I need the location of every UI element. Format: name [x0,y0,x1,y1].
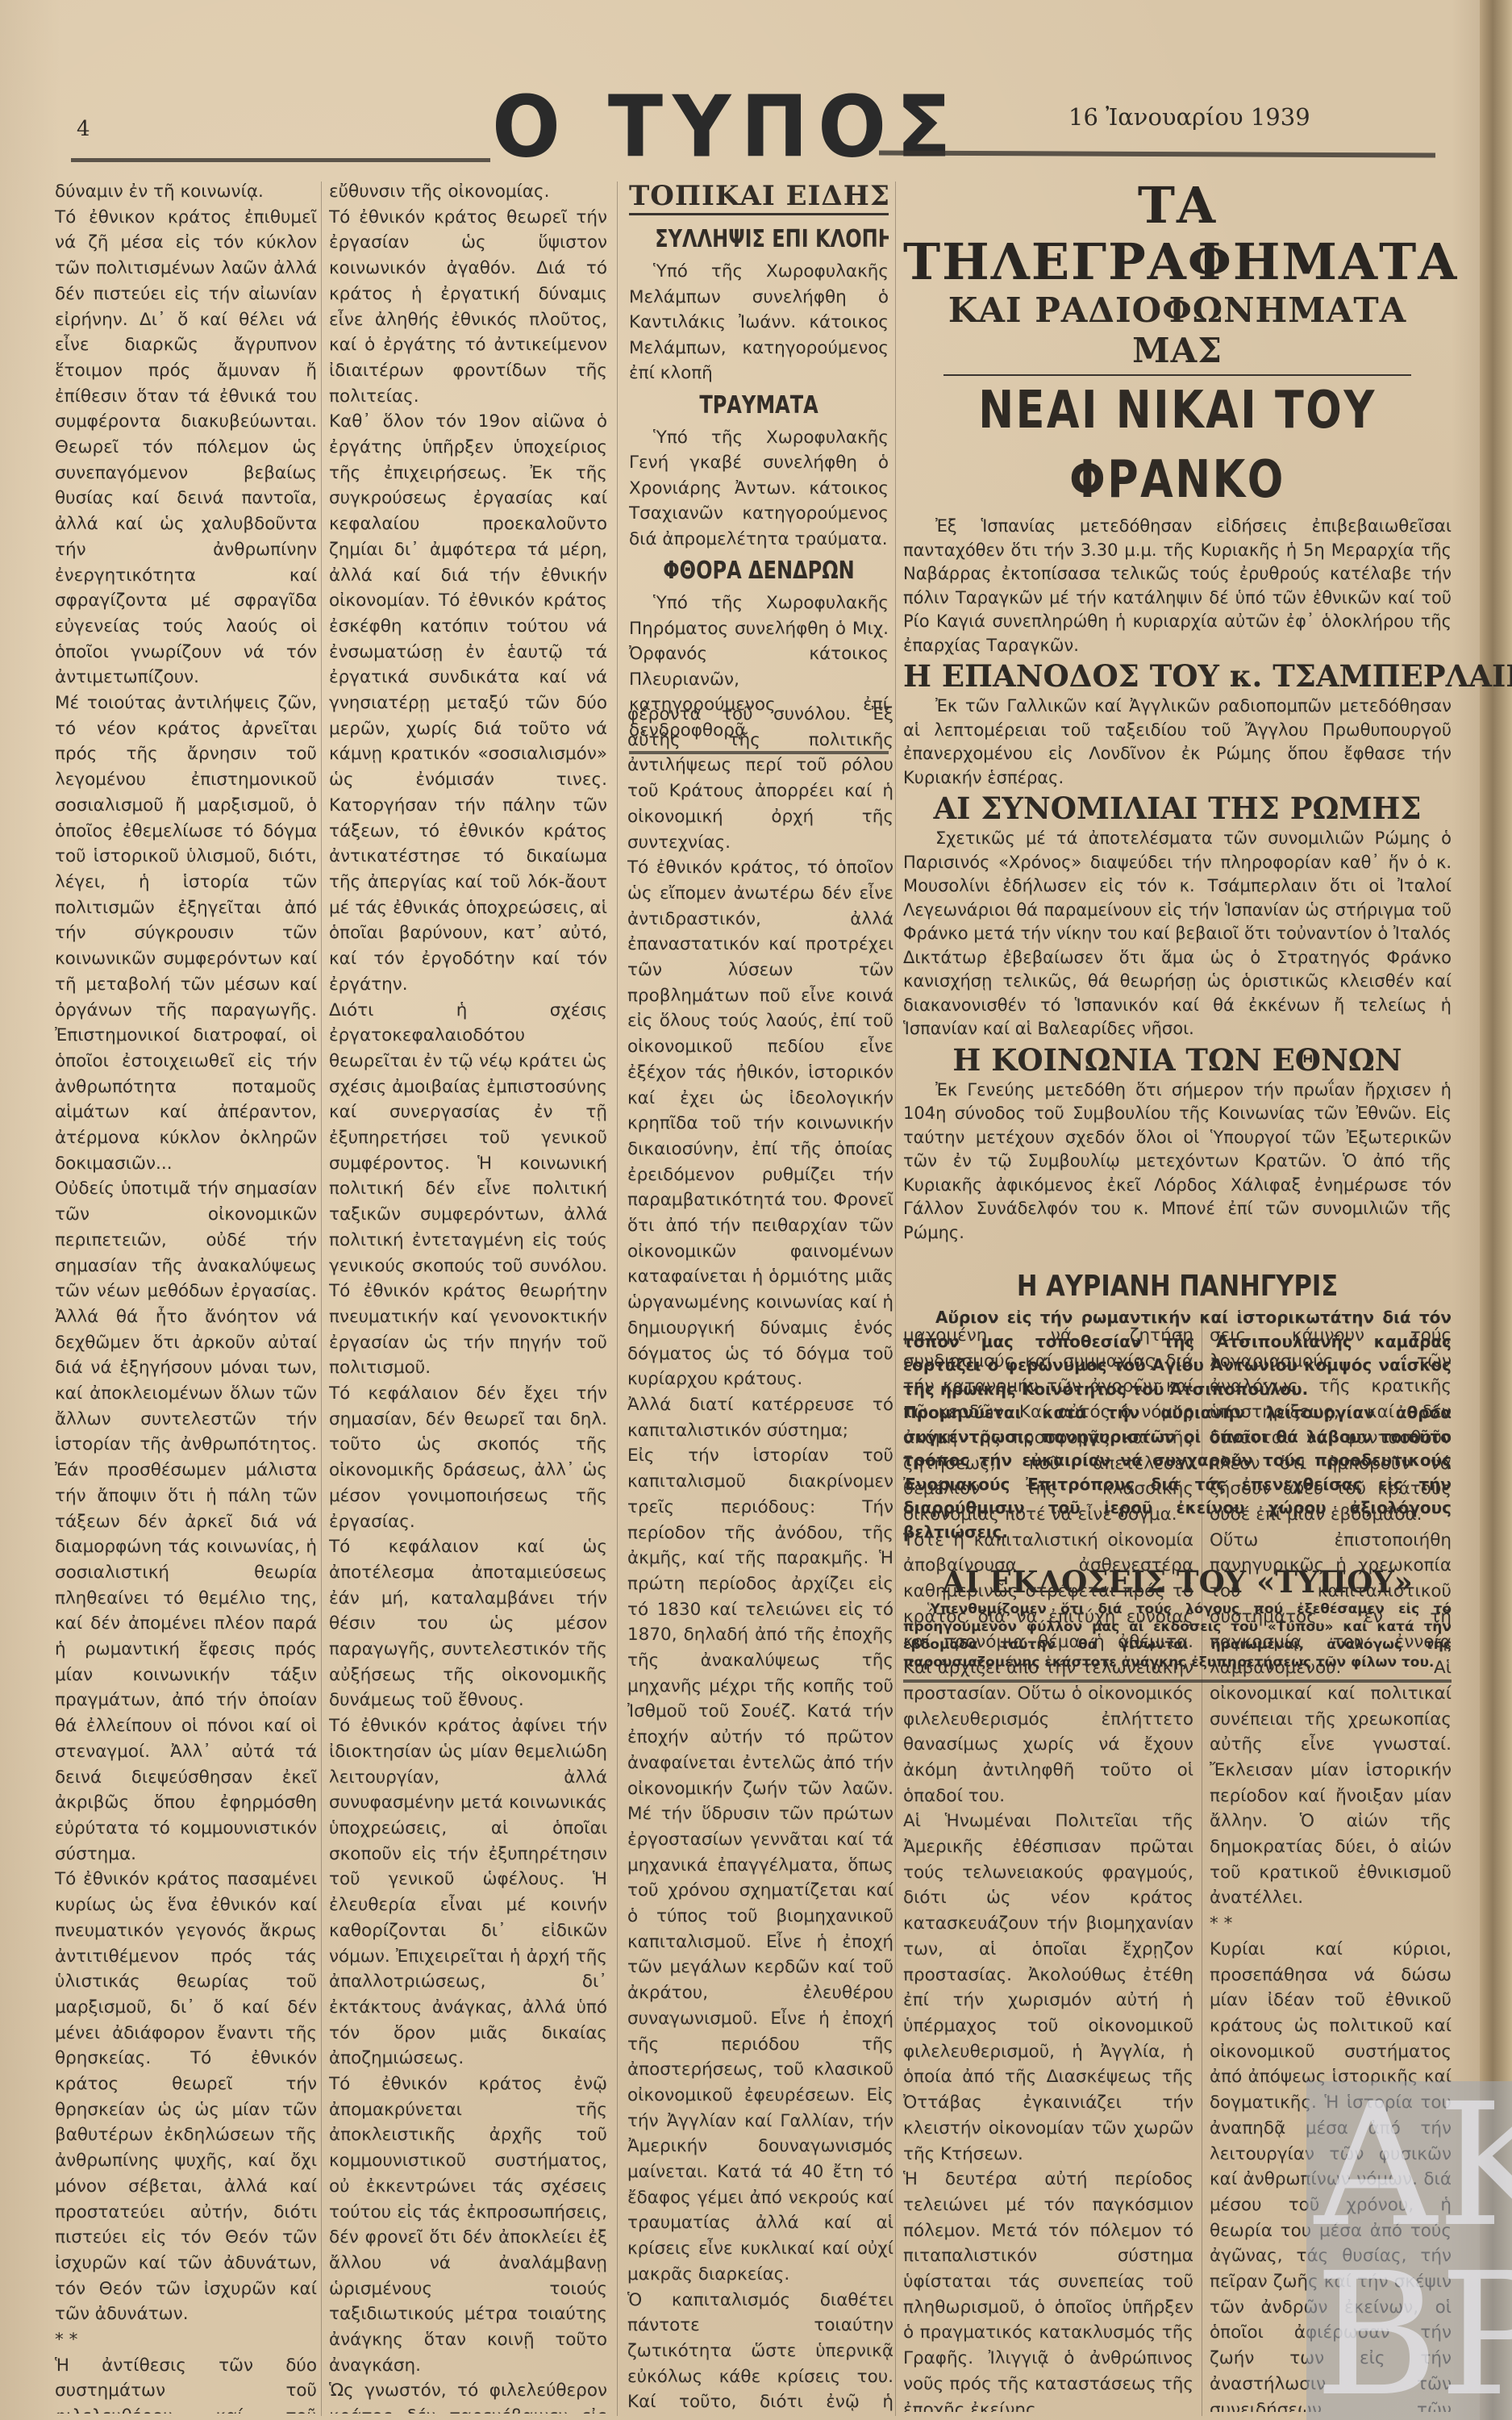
column-divider [617,181,618,2416]
story-headline: Η ΚΟΙΝΩΝΙΑ ΤΩΝ ΕΘΝΩΝ [903,1041,1452,1079]
local-news-item: ΣΥΛΛΗΨΙΣ ΕΠΙ ΚΛΟΠΗ Ὑπό τῆς Χωροφυλακῆς Μ… [629,223,889,386]
news-story: ΝΕΑΙ ΝΙΚΑΙ ΤΟΥ ΦΡΑΝΚΟ Ἐξ Ἱσπανίας μετεδό… [903,376,1452,657]
column-divider [895,181,896,2416]
story-headline: ΝΕΑΙ ΝΙΚΑΙ ΤΟΥ ΦΡΑΝΚΟ [952,376,1402,515]
article-column-3: φέροντα τοῦ συνόλου. Ἐξ αὐτῆς τῆς πολιτι… [627,702,893,2412]
local-news-headline: ΣΥΛΛΗΨΙΣ ΕΠΙ ΚΛΟΠΗ [655,223,863,256]
story-body: Ἐξ Ἱσπανίας μετεδόθησαν εἰδήσεις ἐπιβεβα… [903,515,1452,657]
local-news: ΤΟΠΙΚΑΙ ΕΙΔΗΣΕΙΣ ΣΥΛΛΗΨΙΣ ΕΠΙ ΚΛΟΠΗ Ὑπό … [629,179,889,764]
article-column-2: εὔθυνσιν τῆς οἰκονομίας. Τό ἐθνικόν κράτ… [329,179,607,2414]
story-body: Ἐκ τῶν Γαλλικῶν καί Ἀγγλικῶν ραδιοπομπῶν… [903,695,1452,790]
story-body: Σχετικῶς μέ τά ἀποτελέσματα τῶν συνομιλι… [903,827,1452,1041]
story-headline: Η ΕΠΑΝΟΔΟΣ ΤΟΥ κ. ΤΣΑΜΠΕΡΛΑΙΝ [903,657,1452,695]
masthead-rule-right [879,150,1435,157]
page-edge [1480,0,1512,2420]
newspaper-title: Ο ΤΥΠΟΣ [492,86,960,170]
story-headline: Η ΑΥΡΙΑΝΗ ΠΑΝΗΓΥΡΙΣ [944,1267,1410,1306]
column-divider [321,181,322,2416]
story-headline: ΑΙ ΣΥΝΟΜΙΛΙΑΙ ΤΗΣ ΡΩΜΗΣ [903,790,1452,827]
telegrams-heading: ΤΑ ΤΗΛΕΓΡΑΦΗΜΑΤΑ [903,177,1452,290]
story-body: Ἐκ Γενεύης μετεδόθη ὅτι σήμερον τήν πρωΐ… [903,1079,1452,1245]
news-story: ΑΙ ΣΥΝΟΜΙΛΙΑΙ ΤΗΣ ΡΩΜΗΣ Σχετικῶς μέ τά ἀ… [903,790,1452,1041]
article-column-1: δύναμιν ἐν τῆ κοινωνίᾳ. Τό ἐθνικον κράτο… [55,179,317,2414]
masthead: 4 Ο ΤΥΠΟΣ 16 Ἰανουαρίου 1939 [0,0,1476,173]
article-column-4: μαχομένη, νά ζητήσῃ συνδιασμούς καί συμμ… [903,1323,1193,2412]
issue-date: 16 Ἰανουαρίου 1939 [1068,103,1310,131]
local-news-body: Ὑπό τῆς Χωροφυλακῆς Μελάμπων συνελήφθη ὁ… [629,259,889,386]
telegrams-subheading: ΚΑΙ ΡΑΔΙΟΦΩΝΗΜΑΤΑ ΜΑΣ [943,290,1411,376]
masthead-rule-left [71,158,490,162]
local-news-headline: ΦΘΟΡΑ ΔΕΝΔΡΩΝ [655,555,863,587]
local-news-heading: ΤΟΠΙΚΑΙ ΕΙΔΗΣΕΙΣ [629,179,889,215]
page-number: 4 [77,117,90,141]
archive-watermark: ΑΚ ΒΡ [1306,2081,1512,2420]
news-story: Η ΚΟΙΝΩΝΙΑ ΤΩΝ ΕΘΝΩΝ Ἐκ Γενεύης μετεδόθη… [903,1041,1452,1245]
local-news-headline: ΤΡΑΥΜΑΤΑ [655,390,863,422]
local-news-item: ΤΡΑΥΜΑΤΑ Ὑπό τῆς Χωροφυλακῆς Γενή γκαβέ … [629,390,889,553]
news-story: Η ΕΠΑΝΟΔΟΣ ΤΟΥ κ. ΤΣΑΜΠΕΡΛΑΙΝ Ἐκ τῶν Γαλ… [903,657,1452,790]
local-news-body: Ὑπό τῆς Χωροφυλακῆς Γενή γκαβέ συνελήφθη… [629,425,889,553]
